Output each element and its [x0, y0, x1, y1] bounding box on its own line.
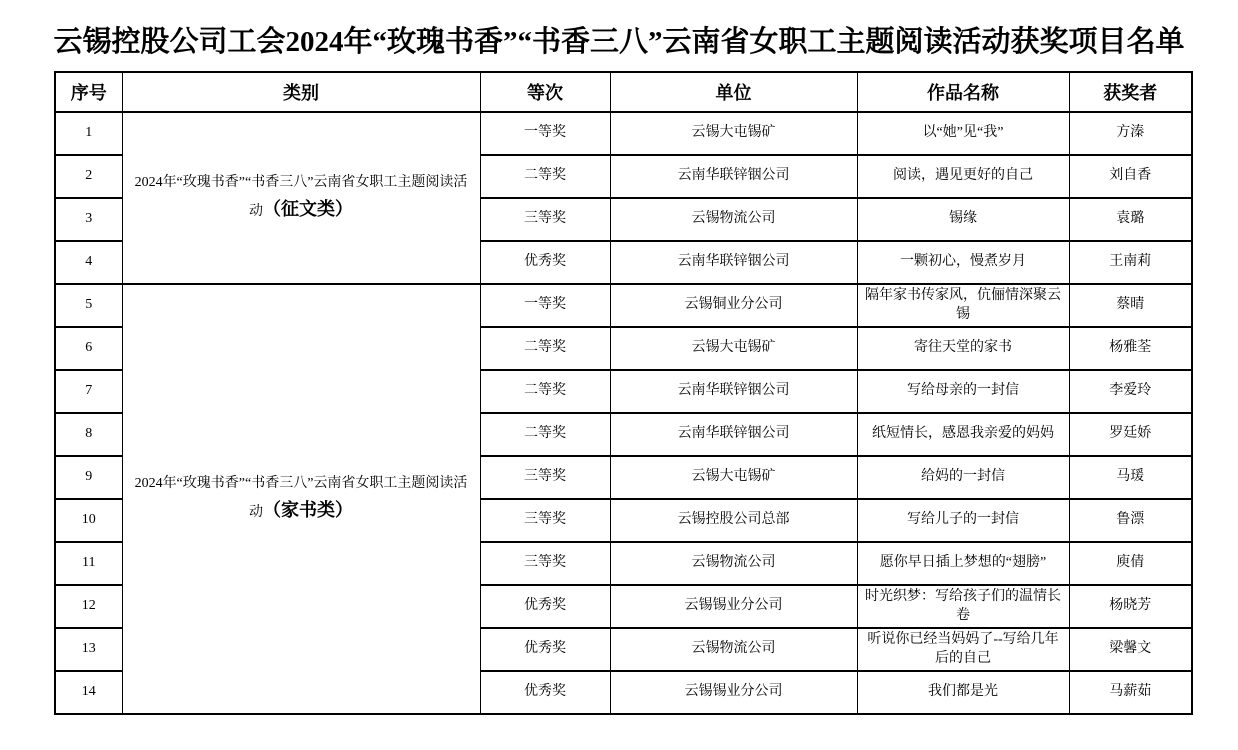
rank-cell: 一等奖 — [480, 284, 610, 327]
row-number-cell: 6 — [55, 327, 122, 370]
unit-cell: 云锡铜业分公司 — [610, 284, 857, 327]
table-header-row: 序号 类别 等次 单位 作品名称 获奖者 — [55, 72, 1192, 112]
unit-cell: 云锡物流公司 — [610, 198, 857, 241]
category-suffix: （征文类） — [263, 199, 353, 219]
row-number-cell: 11 — [55, 542, 122, 585]
row-number-cell: 12 — [55, 585, 122, 628]
rank-cell: 三等奖 — [480, 198, 610, 241]
unit-cell: 云锡物流公司 — [610, 542, 857, 585]
rank-cell: 优秀奖 — [480, 585, 610, 628]
rank-cell: 优秀奖 — [480, 628, 610, 671]
rank-cell: 优秀奖 — [480, 671, 610, 714]
rank-cell: 二等奖 — [480, 155, 610, 198]
header-category: 类别 — [122, 72, 480, 112]
work-cell: 寄往天堂的家书 — [857, 327, 1069, 370]
winner-cell: 王南莉 — [1069, 241, 1192, 284]
unit-cell: 云南华联锌铟公司 — [610, 370, 857, 413]
row-number-cell: 2 — [55, 155, 122, 198]
unit-cell: 云南华联锌铟公司 — [610, 241, 857, 284]
row-number-cell: 8 — [55, 413, 122, 456]
row-number-cell: 9 — [55, 456, 122, 499]
header-unit: 单位 — [610, 72, 857, 112]
unit-cell: 云锡控股公司总部 — [610, 499, 857, 542]
rank-cell: 三等奖 — [480, 499, 610, 542]
header-serial-number: 序号 — [55, 72, 122, 112]
winner-cell: 庾倩 — [1069, 542, 1192, 585]
winner-cell: 刘自香 — [1069, 155, 1192, 198]
rank-cell: 二等奖 — [480, 327, 610, 370]
work-cell: 以“她”见“我” — [857, 112, 1069, 155]
awards-table-body: 12024年“玫瑰书香”“书香三八”云南省女职工主题阅读活动（征文类）一等奖云锡… — [55, 112, 1192, 714]
unit-cell: 云锡锡业分公司 — [610, 671, 857, 714]
category-cell: 2024年“玫瑰书香”“书香三八”云南省女职工主题阅读活动（家书类） — [122, 284, 480, 714]
rank-cell: 三等奖 — [480, 542, 610, 585]
work-cell: 锡缘 — [857, 198, 1069, 241]
row-number-cell: 13 — [55, 628, 122, 671]
winner-cell: 蔡晴 — [1069, 284, 1192, 327]
row-number-cell: 5 — [55, 284, 122, 327]
work-cell: 时光织梦：写给孩子们的温情长卷 — [857, 585, 1069, 628]
work-cell: 我们都是光 — [857, 671, 1069, 714]
winner-cell: 方溱 — [1069, 112, 1192, 155]
header-winner: 获奖者 — [1069, 72, 1192, 112]
winner-cell: 罗廷娇 — [1069, 413, 1192, 456]
work-cell: 纸短情长，感恩我亲爱的妈妈 — [857, 413, 1069, 456]
unit-cell: 云南华联锌铟公司 — [610, 413, 857, 456]
work-cell: 一颗初心，慢煮岁月 — [857, 241, 1069, 284]
header-rank: 等次 — [480, 72, 610, 112]
work-cell: 隔年家书传家风，伉俪情深聚云锡 — [857, 284, 1069, 327]
category-suffix: （家书类） — [263, 500, 353, 520]
work-cell: 写给儿子的一封信 — [857, 499, 1069, 542]
winner-cell: 李爱玲 — [1069, 370, 1192, 413]
work-cell: 愿你早日插上梦想的“翅膀” — [857, 542, 1069, 585]
rank-cell: 三等奖 — [480, 456, 610, 499]
winner-cell: 马薪茹 — [1069, 671, 1192, 714]
winner-cell: 梁馨文 — [1069, 628, 1192, 671]
rank-cell: 二等奖 — [480, 370, 610, 413]
table-row: 12024年“玫瑰书香”“书香三八”云南省女职工主题阅读活动（征文类）一等奖云锡… — [55, 112, 1192, 155]
page-title: 云锡控股公司工会2024年“玫瑰书香”“书香三八”云南省女职工主题阅读活动获奖项… — [44, 24, 1194, 61]
rank-cell: 一等奖 — [480, 112, 610, 155]
document-page: 云锡控股公司工会2024年“玫瑰书香”“书香三八”云南省女职工主题阅读活动获奖项… — [0, 0, 1238, 750]
work-cell: 写给母亲的一封信 — [857, 370, 1069, 413]
unit-cell: 云锡锡业分公司 — [610, 585, 857, 628]
row-number-cell: 14 — [55, 671, 122, 714]
winner-cell: 杨晓芳 — [1069, 585, 1192, 628]
work-cell: 给妈的一封信 — [857, 456, 1069, 499]
table-row: 52024年“玫瑰书香”“书香三八”云南省女职工主题阅读活动（家书类）一等奖云锡… — [55, 284, 1192, 327]
unit-cell: 云锡大屯锡矿 — [610, 112, 857, 155]
unit-cell: 云锡物流公司 — [610, 628, 857, 671]
unit-cell: 云锡大屯锡矿 — [610, 327, 857, 370]
rank-cell: 二等奖 — [480, 413, 610, 456]
header-work-title: 作品名称 — [857, 72, 1069, 112]
awards-table: 序号 类别 等次 单位 作品名称 获奖者 12024年“玫瑰书香”“书香三八”云… — [54, 71, 1193, 715]
winner-cell: 马瑗 — [1069, 456, 1192, 499]
winner-cell: 鲁漂 — [1069, 499, 1192, 542]
row-number-cell: 4 — [55, 241, 122, 284]
row-number-cell: 7 — [55, 370, 122, 413]
winner-cell: 袁璐 — [1069, 198, 1192, 241]
category-cell: 2024年“玫瑰书香”“书香三八”云南省女职工主题阅读活动（征文类） — [122, 112, 480, 284]
unit-cell: 云南华联锌铟公司 — [610, 155, 857, 198]
work-cell: 阅读，遇见更好的自己 — [857, 155, 1069, 198]
unit-cell: 云锡大屯锡矿 — [610, 456, 857, 499]
winner-cell: 杨雅荃 — [1069, 327, 1192, 370]
row-number-cell: 3 — [55, 198, 122, 241]
row-number-cell: 1 — [55, 112, 122, 155]
rank-cell: 优秀奖 — [480, 241, 610, 284]
row-number-cell: 10 — [55, 499, 122, 542]
work-cell: 听说你已经当妈妈了--写给几年后的自己 — [857, 628, 1069, 671]
